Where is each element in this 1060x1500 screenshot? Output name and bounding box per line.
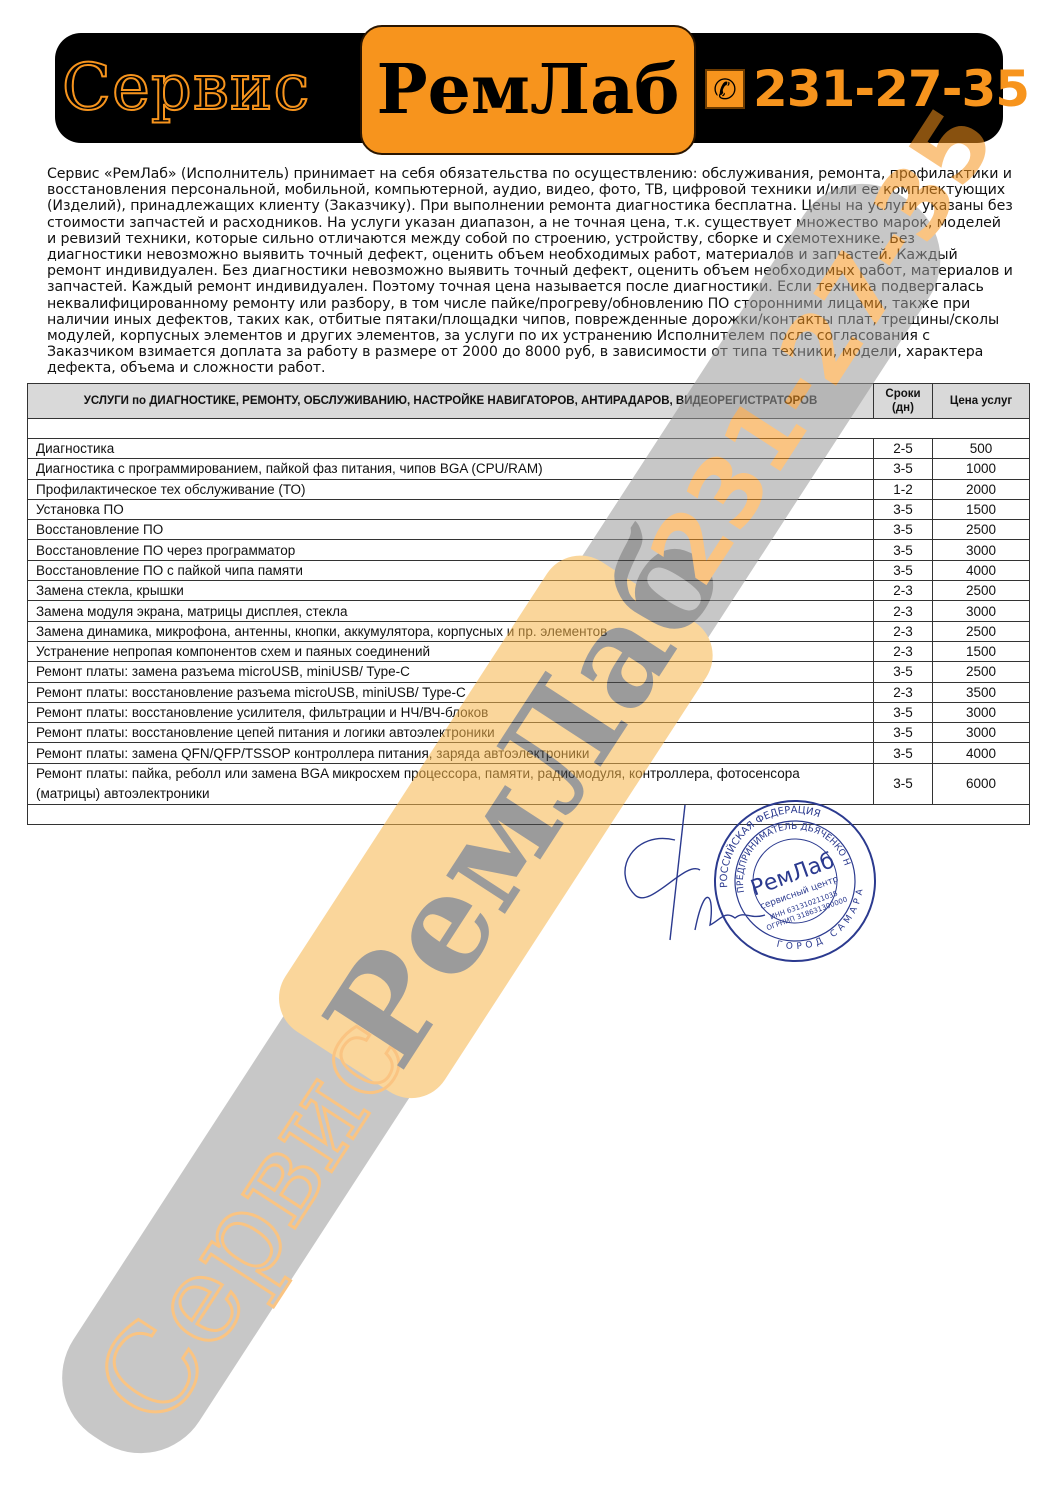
cell-price: 4000 <box>933 560 1030 580</box>
cell-name: Восстановление ПО через программатор <box>28 540 874 560</box>
header-services: УСЛУГИ по ДИАГНОСТИКЕ, РЕМОНТУ, ОБСЛУЖИВ… <box>28 384 874 419</box>
table-row: Ремонт платы: замена разъема microUSB, m… <box>28 662 1030 682</box>
cell-name: Ремонт платы: замена разъема microUSB, m… <box>28 662 874 682</box>
cell-term: 3-5 <box>874 560 933 580</box>
cell-price: 2500 <box>933 581 1030 601</box>
table-row: Восстановление ПО с пайкой чипа памяти3-… <box>28 560 1030 580</box>
cell-term: 2-3 <box>874 601 933 621</box>
cell-term: 3-5 <box>874 662 933 682</box>
cell-term: 3-5 <box>874 459 933 479</box>
phone-icon: ✆ <box>705 69 745 109</box>
cell-term: 2-5 <box>874 439 933 459</box>
price-table: УСЛУГИ по ДИАГНОСТИКЕ, РЕМОНТУ, ОБСЛУЖИВ… <box>27 383 1030 825</box>
cell-price: 3000 <box>933 723 1030 743</box>
phone-block: ✆ 231-27-35 <box>705 60 1029 118</box>
header-price: Цена услуг <box>933 384 1030 419</box>
brand-logo: РемЛаб <box>360 25 696 155</box>
cell-name: Устранение непропая компонентов схем и п… <box>28 641 874 661</box>
cell-price: 2500 <box>933 621 1030 641</box>
brand-service-text: Сервис <box>62 48 310 128</box>
phone-number: 231-27-35 <box>753 60 1029 118</box>
table-row: Восстановление ПО через программатор3-53… <box>28 540 1030 560</box>
cell-name: Ремонт платы: замена QFN/QFP/TSSOP контр… <box>28 743 874 763</box>
cell-price: 2500 <box>933 520 1030 540</box>
table-row: Ремонт платы: восстановление усилителя, … <box>28 702 1030 722</box>
cell-price: 2500 <box>933 662 1030 682</box>
svg-text:Сервис: Сервис <box>70 992 434 1449</box>
cell-price: 3000 <box>933 702 1030 722</box>
table-row: Диагностика2-5500 <box>28 439 1030 459</box>
table-row: Профилактическое тех обслуживание (ТО)1-… <box>28 479 1030 499</box>
cell-term: 1-2 <box>874 479 933 499</box>
table-row: Ремонт платы: замена QFN/QFP/TSSOP контр… <box>28 743 1030 763</box>
cell-name: Восстановление ПО <box>28 520 874 540</box>
cell-name: Ремонт платы: восстановление разъема mic… <box>28 682 874 702</box>
cell-term: 3-5 <box>874 763 933 804</box>
brand-name: РемЛаб <box>376 50 679 130</box>
table-row: Ремонт платы: восстановление разъема mic… <box>28 682 1030 702</box>
cell-name: Замена модуля экрана, матрицы дисплея, с… <box>28 601 874 621</box>
company-stamp: РОССИЙСКАЯ ФЕДЕРАЦИЯ ПРЕДПРИНИМАТЕЛЬ ДЬЯ… <box>710 796 880 966</box>
terms-paragraph: Сервис «РемЛаб» (Исполнитель) принимает … <box>47 166 1013 377</box>
cell-term: 2-3 <box>874 581 933 601</box>
cell-term: 3-5 <box>874 520 933 540</box>
cell-term: 2-3 <box>874 621 933 641</box>
cell-term: 3-5 <box>874 723 933 743</box>
table-row: Восстановление ПО3-52500 <box>28 520 1030 540</box>
cell-name: Восстановление ПО с пайкой чипа памяти <box>28 560 874 580</box>
cell-price: 500 <box>933 439 1030 459</box>
cell-name: Профилактическое тех обслуживание (ТО) <box>28 479 874 499</box>
table-header-row: УСЛУГИ по ДИАГНОСТИКЕ, РЕМОНТУ, ОБСЛУЖИВ… <box>28 384 1030 419</box>
cell-term: 3-5 <box>874 743 933 763</box>
cell-price: 2000 <box>933 479 1030 499</box>
cell-price: 1000 <box>933 459 1030 479</box>
spacer-row <box>28 419 1030 439</box>
cell-term: 2-3 <box>874 641 933 661</box>
cell-name: Замена динамика, микрофона, антенны, кно… <box>28 621 874 641</box>
table-row: Замена стекла, крышки2-32500 <box>28 581 1030 601</box>
cell-term: 3-5 <box>874 540 933 560</box>
cell-price: 1500 <box>933 499 1030 519</box>
table-row: Замена динамика, микрофона, антенны, кно… <box>28 621 1030 641</box>
table-row: Ремонт платы: восстановление цепей питан… <box>28 723 1030 743</box>
cell-name: Диагностика с программированием, пайкой … <box>28 459 874 479</box>
cell-term: 2-3 <box>874 682 933 702</box>
cell-name: Замена стекла, крышки <box>28 581 874 601</box>
cell-price: 4000 <box>933 743 1030 763</box>
cell-price: 1500 <box>933 641 1030 661</box>
table-row: Установка ПО3-51500 <box>28 499 1030 519</box>
cell-name: Диагностика <box>28 439 874 459</box>
cell-price: 3000 <box>933 540 1030 560</box>
cell-term: 3-5 <box>874 702 933 722</box>
cell-name: Установка ПО <box>28 499 874 519</box>
cell-price: 6000 <box>933 763 1030 804</box>
cell-term: 3-5 <box>874 499 933 519</box>
table-row: Устранение непропая компонентов схем и п… <box>28 641 1030 661</box>
cell-name: Ремонт платы: восстановление цепей питан… <box>28 723 874 743</box>
header-term: Сроки (дн) <box>874 384 933 419</box>
cell-name: Ремонт платы: восстановление усилителя, … <box>28 702 874 722</box>
cell-price: 3500 <box>933 682 1030 702</box>
cell-price: 3000 <box>933 601 1030 621</box>
table-row: Диагностика с программированием, пайкой … <box>28 459 1030 479</box>
table-row: Замена модуля экрана, матрицы дисплея, с… <box>28 601 1030 621</box>
